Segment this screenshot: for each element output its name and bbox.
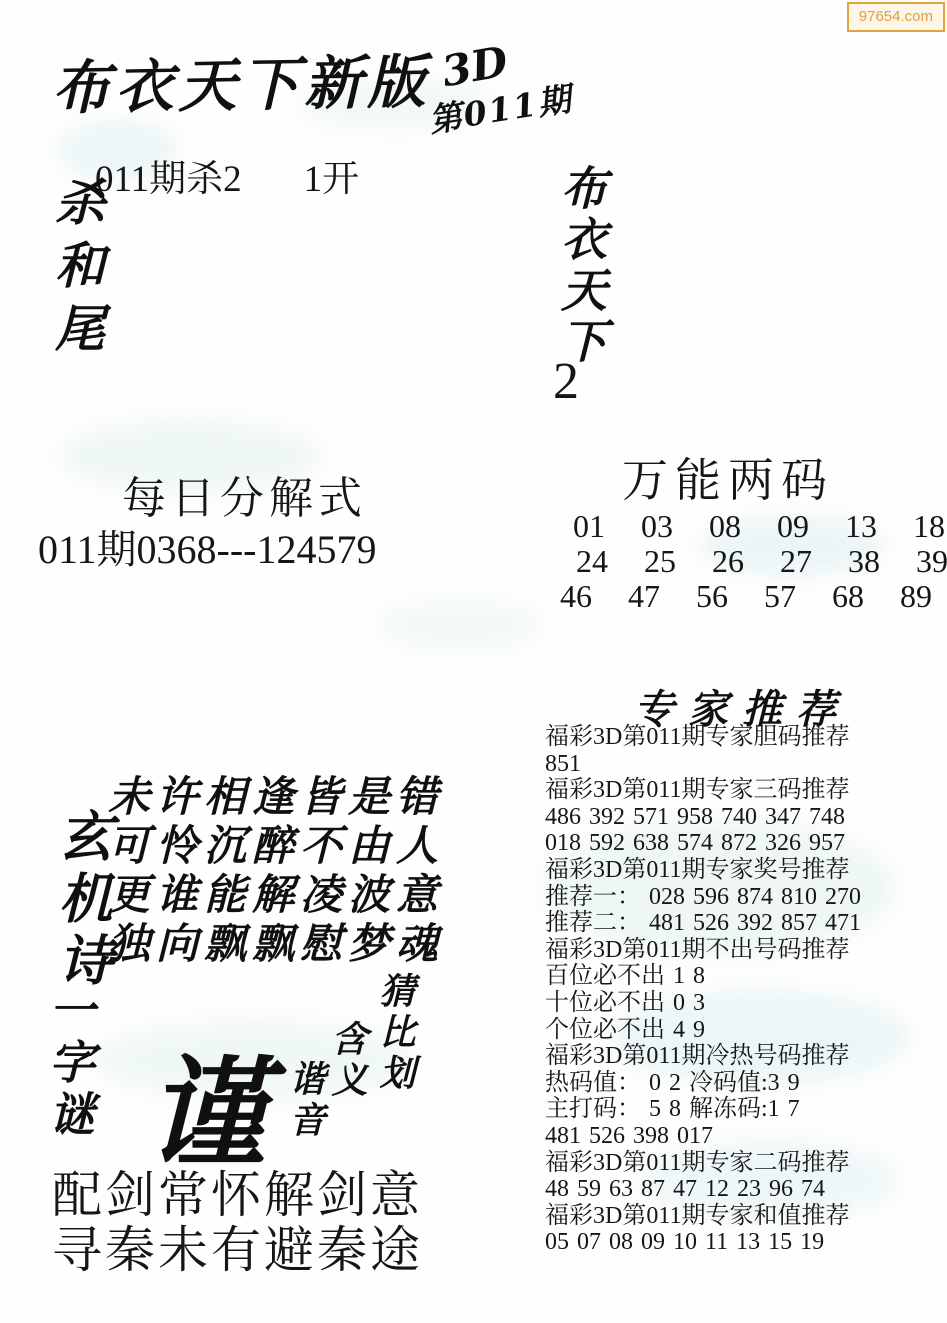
brand-banner-number: 2 [553,352,579,411]
two-codes-row: 24 25 26 27 38 39 45? [576,543,947,580]
daily-decomposition-heading: 每日分解式 [122,462,367,526]
expert-line: 百位必不出 1 8 [545,963,945,990]
expert-line: 481 526 398 017 [545,1123,945,1150]
poem-line: 可怜沉醉不由人 [108,821,444,870]
riddle-character: 谨 [146,1018,266,1190]
expert-line: 推荐一： 028 596 874 810 270 [545,884,945,911]
lottery-sheet-page: 97654.com 布衣天下新版 3D 第011期 011期杀2 1开 杀和尾 … [0,0,947,1323]
paper-smudge [380,600,540,650]
character-riddle-vertical-title: 一字谜 [36,986,102,1142]
expert-line: 05 07 08 09 10 11 13 15 19 [545,1229,945,1256]
expert-line: 福彩3D第011期专家二码推荐 [545,1150,945,1177]
open-result-text: 1开 [304,148,360,202]
kill-sum-tail-vertical-label: 杀和尾 [40,176,112,365]
page-title: 布衣天下新版 [51,35,430,126]
two-codes-row: 01 03 08 09 13 18 19? [573,508,947,545]
riddle-hint-column: 谐音 [280,1060,331,1142]
expert-line: 福彩3D第011期不出号码推荐 [545,937,945,964]
riddle-hint-column: 猜比划 [370,972,421,1095]
expert-line: 福彩3D第011期冷热号码推荐 [545,1043,945,1070]
couplet-line: 寻秦未有避秦途 [52,1223,423,1278]
universal-two-codes-heading: 万能两码 [622,444,834,510]
site-watermark-badge[interactable]: 97654.com [847,2,945,32]
expert-line: 福彩3D第011期专家奖号推荐 [545,857,945,884]
two-codes-row: 46 47 56 57 68 89 [560,578,932,615]
bottom-couplet: 配剑常怀解剑意 寻秦未有避秦途 [52,1168,423,1278]
couplet-line: 配剑常怀解剑意 [52,1168,423,1223]
expert-line: 福彩3D第011期专家胆码推荐 [545,724,945,751]
expert-line: 486 392 571 958 740 347 748 [545,804,945,831]
kill-number-text: 011期杀2 [95,148,242,202]
poem-line: 未许相逢皆是错 [108,772,444,821]
expert-line: 福彩3D第011期专家三码推荐 [545,777,945,804]
expert-line: 热码值： 0 2 冷码值:3 9 [545,1070,945,1097]
expert-line: 主打码： 5 8 解冻码:1 7 [545,1096,945,1123]
expert-line: 个位必不出 4 9 [545,1017,945,1044]
daily-decomposition-formula: 011期0368---124579 [38,518,376,575]
expert-line: 福彩3D第011期专家和值推荐 [545,1203,945,1230]
expert-line: 十位必不出 0 3 [545,990,945,1017]
expert-line: 48 59 63 87 47 12 23 96 74 [545,1176,945,1203]
expert-line: 018 592 638 574 872 326 957 [545,830,945,857]
expert-recommendation-list: 福彩3D第011期专家胆码推荐 851 福彩3D第011期专家三码推荐 486 … [545,724,945,1256]
poem-line: 更谁能解凌波意 [108,870,444,919]
expert-line: 推荐二： 481 526 392 857 471 [545,910,945,937]
brand-vertical-banner: 布衣天下 [548,164,614,368]
kill-number-line: 011期杀2 1开 [95,148,359,202]
expert-line: 851 [545,751,945,778]
mystery-poem-lines: 未许相逢皆是错 可怜沉醉不由人 更谁能解凌波意 独向飘飘慰梦魂 [108,772,444,968]
poem-line: 独向飘飘慰梦魂 [108,919,444,968]
